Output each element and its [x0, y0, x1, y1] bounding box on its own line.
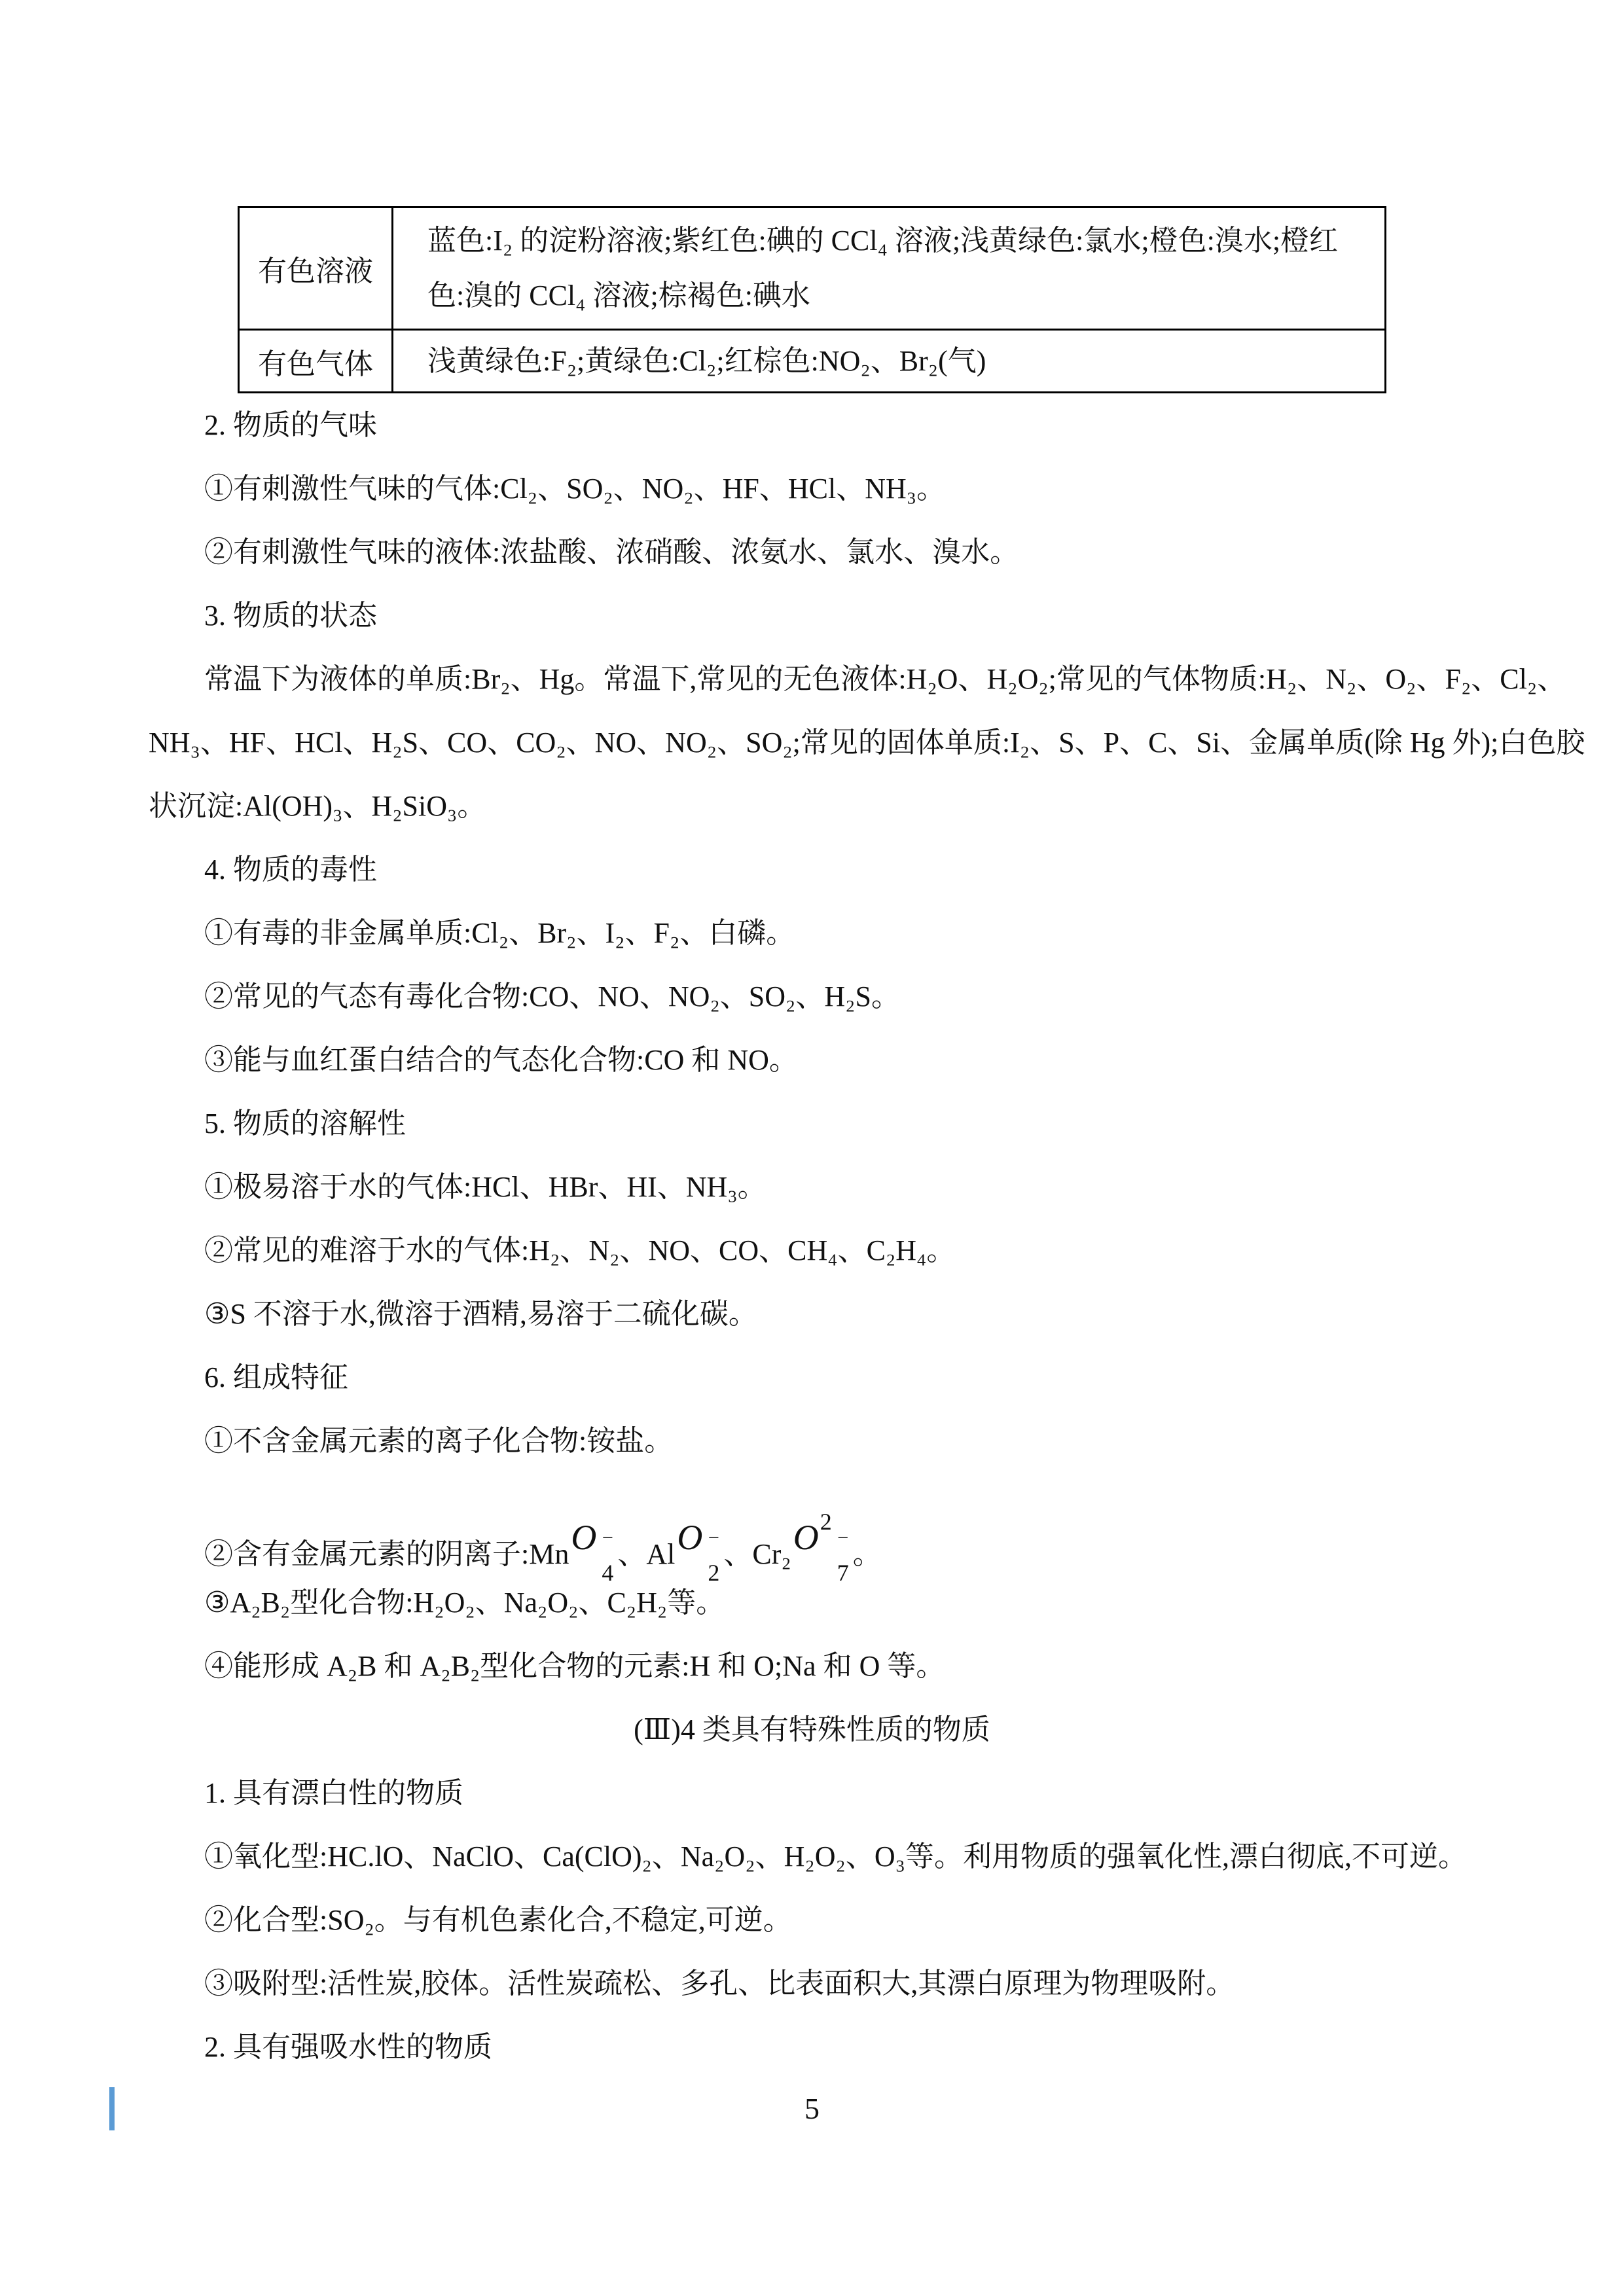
item-soluble-gases: ①极易溶于水的气体:HCl、HBr、HI、NH₃。 — [149, 1155, 1475, 1219]
raised-o-glyph: O — [677, 1518, 702, 1557]
item-a2b-elements: ④能形成 A₂B 和 A₂B₂型化合物的元素:H 和 O;Na 和 O 等。 — [149, 1634, 1475, 1698]
formula-suffix: 。 — [853, 1538, 882, 1570]
item-sulfur-solubility: ③S 不溶于水,微溶于酒精,易溶于二硫化碳。 — [149, 1282, 1475, 1346]
table-row-content: 蓝色:I₂ 的淀粉溶液;紫红色:碘的 CCl₄ 溶液;浅黄绿色:氯水;橙色:溴水… — [393, 207, 1386, 330]
item-adsorptive-bleach: ③吸附型:活性炭,胶体。活性炭疏松、多孔、比表面积大,其漂白原理为物理吸附。 — [149, 1952, 1475, 2015]
item-ammonium-salts: ①不含金属元素的离子化合物:铵盐。 — [149, 1409, 1475, 1473]
table-row-label: 有色气体 — [239, 330, 393, 393]
para-state-line2: NH₃、HF、HCl、H₂S、CO、CO₂、NO、NO₂、SO₂;常见的固体单质… — [149, 711, 1475, 774]
heading-3-state: 3. 物质的状态 — [149, 584, 1475, 647]
heading-5-solubility: 5. 物质的溶解性 — [149, 1092, 1475, 1155]
item-metal-anions: ②含有金属元素的阴离子:MnO‾4、AlO‾2、Cr₂O2‾7。 — [149, 1473, 1475, 1571]
item-smell-liquids: ②有刺激性气味的液体:浓盐酸、浓硝酸、浓氨水、氯水、溴水。 — [149, 520, 1475, 584]
heading-4-toxicity: 4. 物质的毒性 — [149, 838, 1475, 901]
heading-section-3-special: (Ⅲ)4 类具有特殊性质的物质 — [149, 1698, 1475, 1761]
formula-aluminate: AlO‾2 — [646, 1538, 723, 1570]
item-combining-bleach: ②化合型:SO₂。与有机色素化合,不稳定,可逆。 — [149, 1888, 1475, 1952]
heading-1-bleaching: 1. 具有漂白性的物质 — [149, 1761, 1475, 1825]
item-smell-gases: ①有刺激性气味的气体:Cl₂、SO₂、NO₂、HF、HCl、NH₃。 — [149, 457, 1475, 520]
item-a2b2-compounds: ③A₂B₂型化合物:H₂O₂、Na₂O₂、C₂H₂等。 — [149, 1571, 1475, 1634]
item-hemoglobin-gases: ③能与血红蛋白结合的气态化合物:CO 和 NO。 — [149, 1028, 1475, 1092]
item-oxidative-bleach: ①氧化型:HC.lO、NaClO、Ca(ClO)₂、Na₂O₂、H₂O₂、O₃等… — [149, 1825, 1475, 1888]
heading-6-composition: 6. 组成特征 — [149, 1346, 1475, 1409]
colored-substances-table: 有色溶液 蓝色:I₂ 的淀粉溶液;紫红色:碘的 CCl₄ 溶液;浅黄绿色:氯水;… — [238, 206, 1386, 393]
table-cell-line: 色:溴的 CCl₄ 溶液;棕褐色:碘水 — [427, 268, 1366, 323]
heading-2-smell: 2. 物质的气味 — [149, 393, 1475, 457]
formula-separator: 、 — [723, 1538, 752, 1570]
para-state-line1: 常温下为液体的单质:Br₂、Hg。常温下,常见的无色液体:H₂O、H₂O₂;常见… — [149, 647, 1475, 711]
item-toxic-compounds: ②常见的气态有毒化合物:CO、NO、NO₂、SO₂、H₂S。 — [149, 965, 1475, 1028]
heading-2-hygroscopic: 2. 具有强吸水性的物质 — [149, 2015, 1475, 2079]
table-row-label: 有色溶液 — [239, 207, 393, 330]
table-row: 有色气体 浅黄绿色:F₂;黄绿色:Cl₂;红棕色:NO₂、Br₂(气) — [239, 330, 1386, 393]
raised-o-glyph: O — [793, 1518, 819, 1557]
para-state-line3: 状沉淀:Al(OH)₃、H₂SiO₃。 — [149, 774, 1475, 838]
formula-prefix: ②含有金属元素的阴离子: — [204, 1538, 529, 1570]
formula-separator: 、 — [617, 1538, 646, 1570]
charge-subscript-stack: ‾7 — [837, 1535, 849, 1585]
formula-dichromate: Cr₂O2‾7 — [752, 1538, 852, 1570]
table-cell-line: 蓝色:I₂ 的淀粉溶液;紫红色:碘的 CCl₄ 溶液;浅黄绿色:氯水;橙色:溴水… — [427, 213, 1366, 268]
raised-o-glyph: O — [571, 1518, 596, 1557]
item-insoluble-gases: ②常见的难溶于水的气体:H₂、N₂、NO、CO、CH₄、C₂H₄。 — [149, 1219, 1475, 1282]
table-cell-line: 浅黄绿色:F₂;黄绿色:Cl₂;红棕色:NO₂、Br₂(气) — [427, 347, 1366, 376]
table-row: 有色溶液 蓝色:I₂ 的淀粉溶液;紫红色:碘的 CCl₄ 溶液;浅黄绿色:氯水;… — [239, 207, 1386, 330]
item-toxic-elements: ①有毒的非金属单质:Cl₂、Br₂、I₂、F₂、白磷。 — [149, 901, 1475, 965]
charge-superscript: 2 — [820, 1509, 832, 1535]
document-page: 有色溶液 蓝色:I₂ 的淀粉溶液;紫红色:碘的 CCl₄ 溶液;浅黄绿色:氯水;… — [0, 0, 1624, 2296]
page-number: 5 — [0, 2089, 1624, 2128]
formula-permanganate: MnO‾4 — [529, 1538, 617, 1570]
table-row-content: 浅黄绿色:F₂;黄绿色:Cl₂;红棕色:NO₂、Br₂(气) — [393, 330, 1386, 393]
